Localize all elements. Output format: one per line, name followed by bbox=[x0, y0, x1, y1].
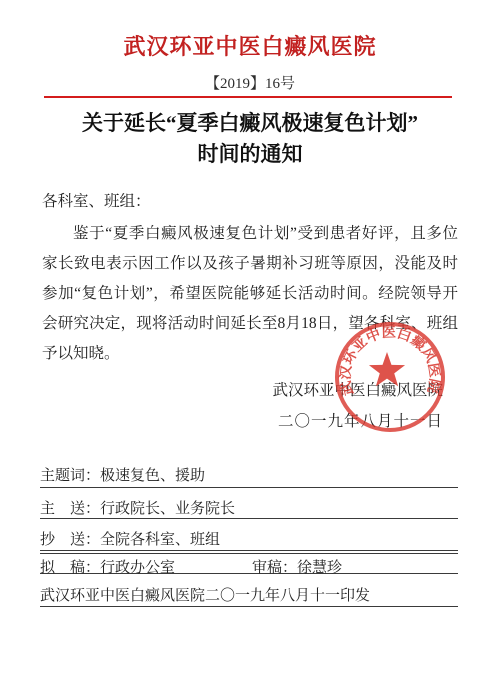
hospital-name-header: 武汉环亚中医白癜风医院 bbox=[0, 30, 500, 61]
document-page: 武汉环亚中医白癜风医院 【2019】16号 关于延长“夏季白癜风极速复色计划” … bbox=[0, 0, 500, 680]
footer-row-print-line: 武汉环亚中医白癜风医院二〇一九年八月十一印发 bbox=[40, 574, 458, 607]
notice-title-line2: 时间的通知 bbox=[20, 139, 480, 170]
red-header-divider bbox=[44, 96, 452, 98]
document-footer: 主题词：极速复色、援助 主 送：行政院长、业务院长 抄 送：全院各科室、班组 拟… bbox=[40, 460, 458, 607]
footer-row-copy-send: 抄 送：全院各科室、班组 bbox=[40, 519, 458, 550]
signature-block: 武汉环亚中医白癜风医院 二〇一九年八月十一日 bbox=[272, 375, 443, 437]
main-send-label: 主 送： bbox=[40, 501, 100, 517]
keywords-value: 极速复色、援助 bbox=[100, 468, 205, 484]
signature-date: 二〇一九年八月十一日 bbox=[272, 406, 443, 437]
footer-row-draft: 拟 稿：行政办公室 审稿：徐慧珍 bbox=[40, 554, 458, 574]
document-number: 【2019】16号 bbox=[0, 72, 500, 93]
notice-title: 关于延长“夏季白癜风极速复色计划” 时间的通知 bbox=[20, 108, 480, 170]
print-line: 武汉环亚中医白癜风医院二〇一九年八月十一印发 bbox=[40, 588, 370, 604]
salutation: 各科室、班组： bbox=[42, 189, 151, 211]
keywords-label: 主题词： bbox=[40, 468, 100, 484]
footer-row-keywords: 主题词：极速复色、援助 bbox=[40, 460, 458, 488]
footer-row-main-send: 主 送：行政院长、业务院长 bbox=[40, 488, 458, 519]
main-send-value: 行政院长、业务院长 bbox=[100, 501, 235, 517]
copy-send-value: 全院各科室、班组 bbox=[100, 532, 220, 548]
notice-title-line1: 关于延长“夏季白癜风极速复色计划” bbox=[20, 108, 480, 139]
signature-org: 武汉环亚中医白癜风医院 bbox=[272, 375, 443, 406]
copy-send-label: 抄 送： bbox=[40, 532, 100, 548]
notice-body-paragraph: 鉴于“夏季白癜风极速复色计划”受到患者好评，且多位家长致电表示因工作以及孩子暑期… bbox=[42, 219, 458, 369]
